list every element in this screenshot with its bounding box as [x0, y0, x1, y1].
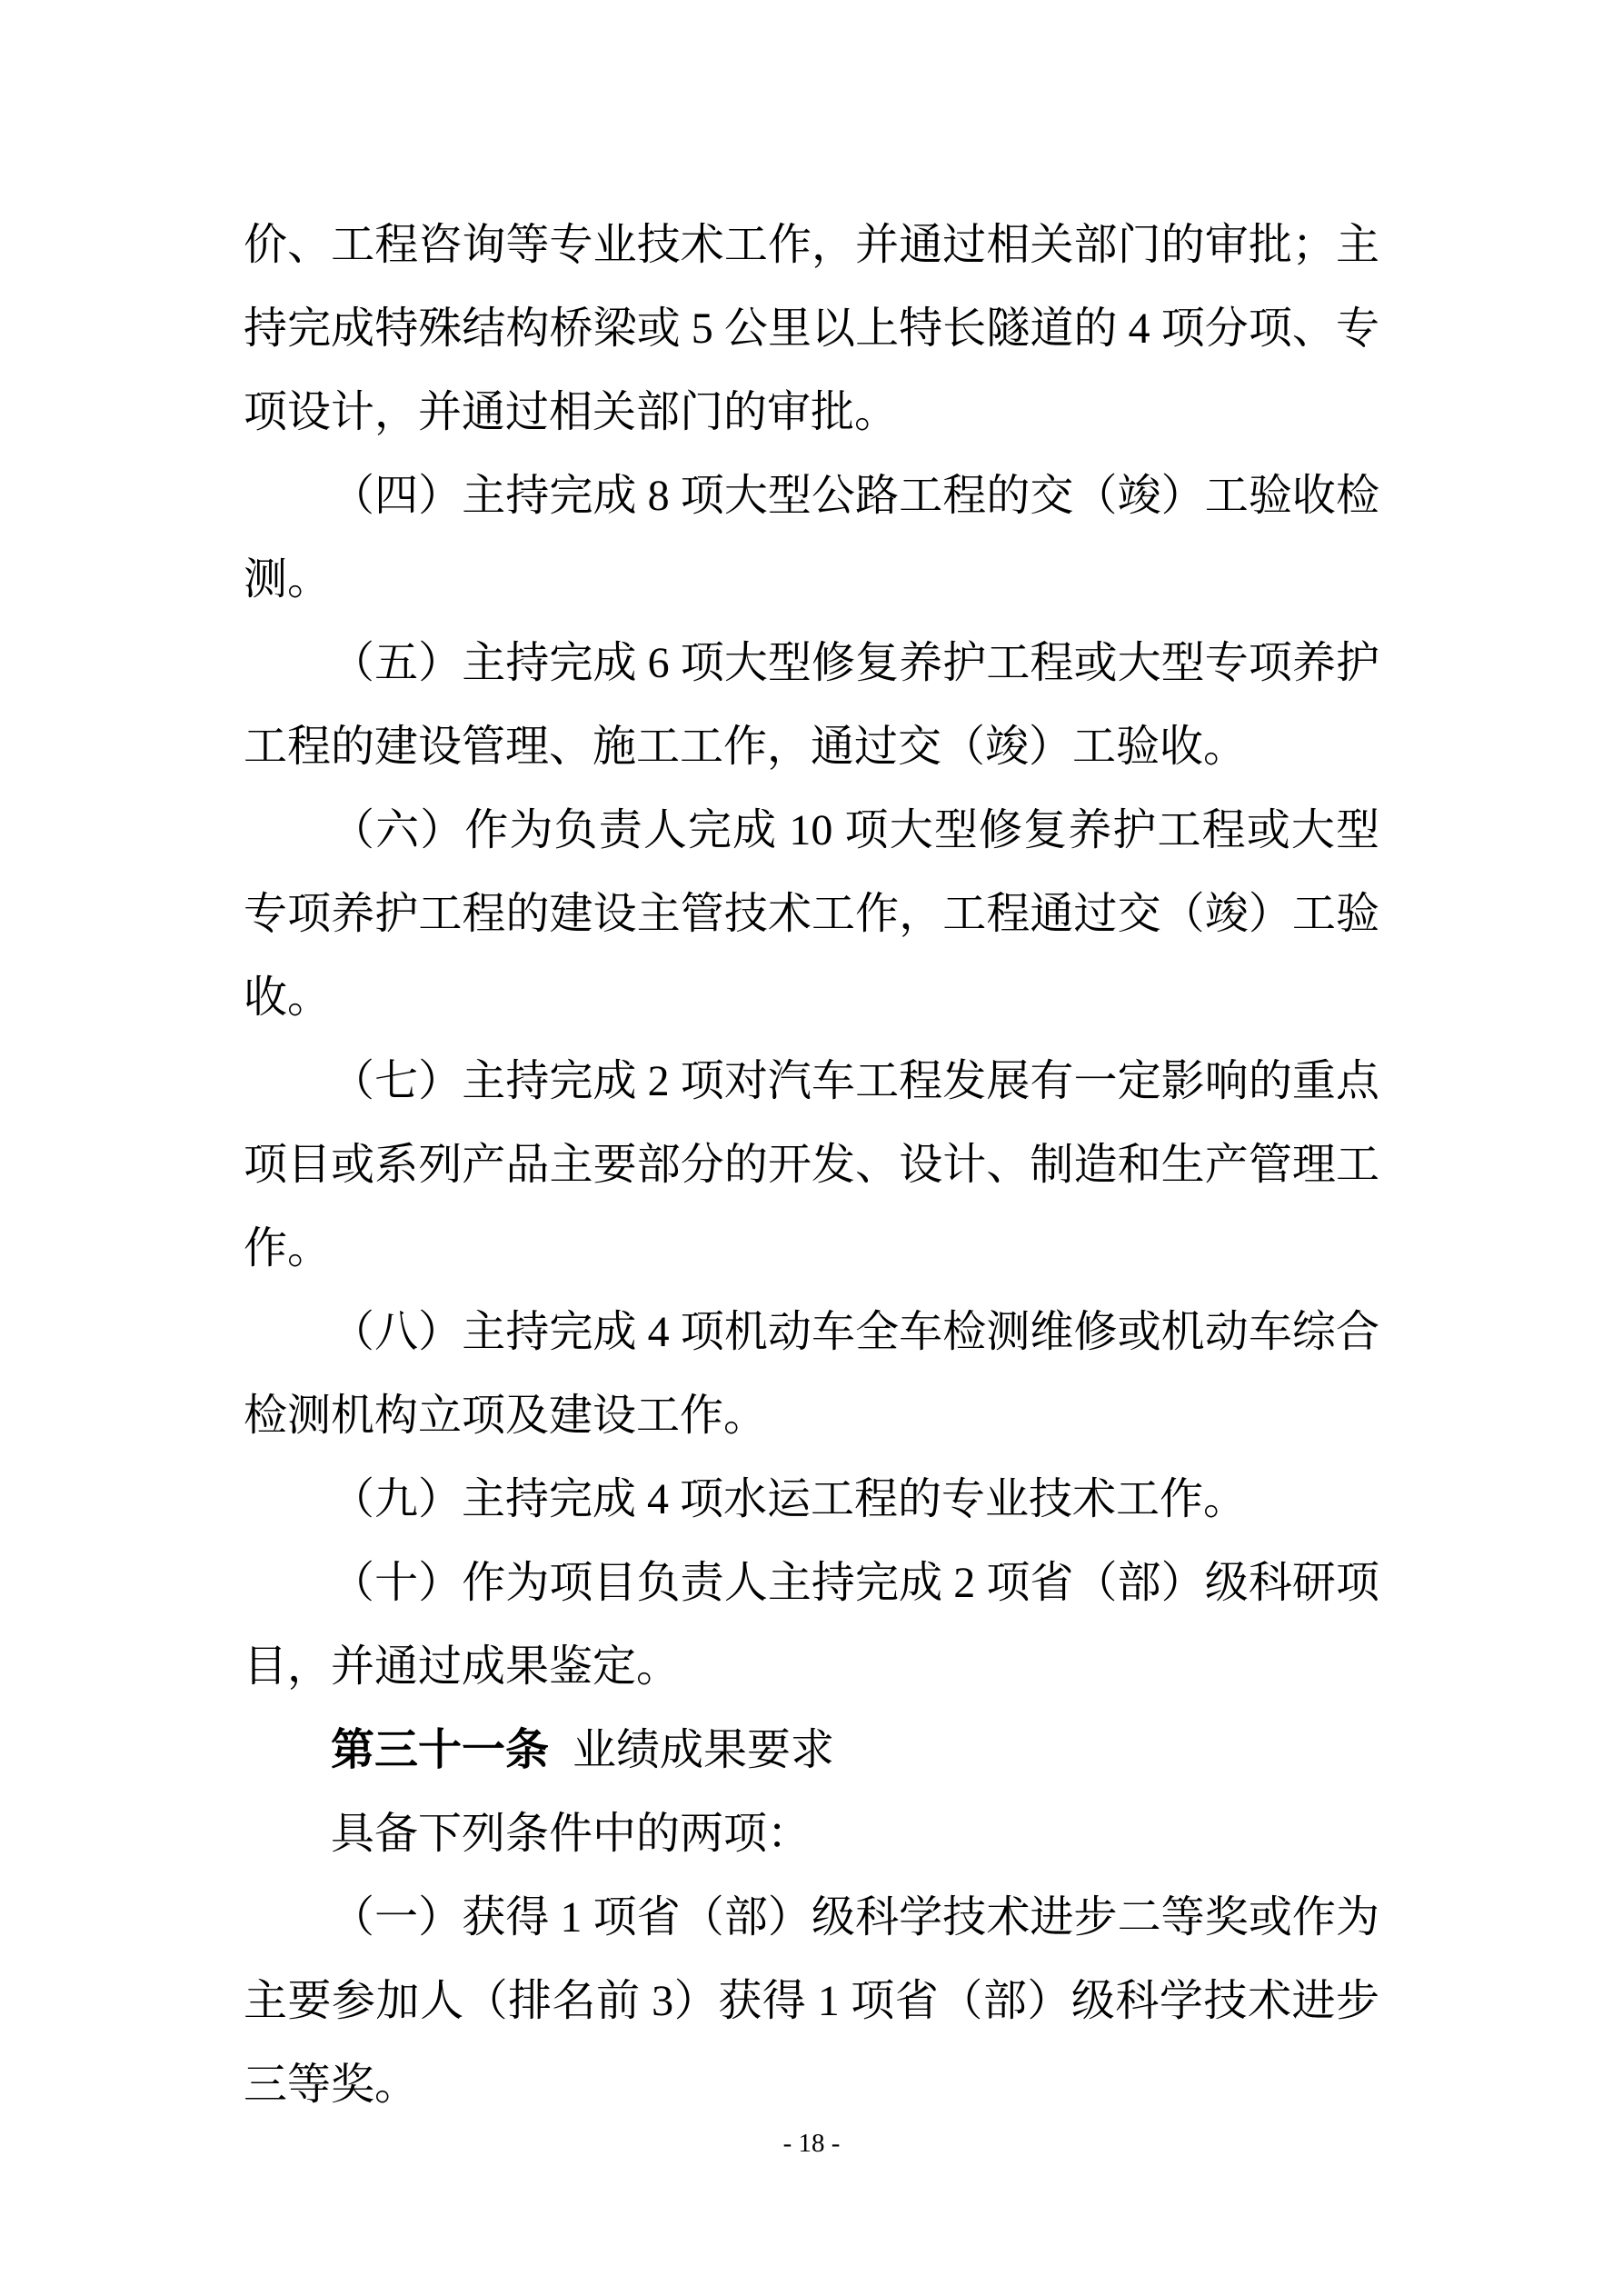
- text-line: 专项养护工程的建设主管技术工作，工程通过交（竣）工验: [244, 873, 1379, 956]
- text-line: （十）作为项目负责人主持完成 2 项省（部）级科研项: [244, 1542, 1379, 1625]
- text-line: （四）主持完成 8 项大型公路工程的交（竣）工验收检: [244, 454, 1379, 538]
- text-line: 项设计，并通过相关部门的审批。: [244, 371, 1379, 454]
- text-line: 检测机构立项及建设工作。: [244, 1374, 1379, 1458]
- text-line: （五）主持完成 6 项大型修复养护工程或大型专项养护: [244, 622, 1379, 705]
- text-line: 价、工程咨询等专业技术工作，并通过相关部门的审批；主: [244, 204, 1379, 287]
- document-body: 价、工程咨询等专业技术工作，并通过相关部门的审批；主持完成特殊结构桥梁或 5 公…: [244, 204, 1379, 2127]
- text-line: （六）作为负责人完成 10 项大型修复养护工程或大型: [244, 789, 1379, 873]
- text-line: 测。: [244, 538, 1379, 622]
- text-line: 工程的建设管理、施工工作，通过交（竣）工验收。: [244, 705, 1379, 789]
- text-line: （一）获得 1 项省（部）级科学技术进步二等奖或作为: [244, 1876, 1379, 1960]
- text-line: （八）主持完成 4 项机动车全车检测维修或机动车综合: [244, 1291, 1379, 1374]
- article-number-bold: 第三十一条: [331, 1726, 549, 1774]
- article-heading-text: 业绩成果要求: [573, 1726, 834, 1774]
- text-line: 作。: [244, 1207, 1379, 1291]
- page-number: - 18 -: [783, 2129, 841, 2158]
- document-page: 价、工程咨询等专业技术工作，并通过相关部门的审批；主持完成特殊结构桥梁或 5 公…: [0, 0, 1623, 2296]
- text-line: 持完成特殊结构桥梁或 5 公里以上特长隧道的 4 项分项、专: [244, 287, 1379, 371]
- text-line: 目，并通过成果鉴定。: [244, 1625, 1379, 1709]
- text-line: （九）主持完成 4 项水运工程的专业技术工作。: [244, 1458, 1379, 1542]
- text-line: （七）主持完成 2 项对汽车工程发展有一定影响的重点: [244, 1040, 1379, 1123]
- article-heading-line: 第三十一条业绩成果要求: [244, 1709, 1379, 1792]
- text-line: 具备下列条件中的两项：: [244, 1792, 1379, 1876]
- page-footer: - 18 -: [0, 2125, 1623, 2161]
- text-line: 项目或系列产品主要部分的开发、设计、制造和生产管理工: [244, 1123, 1379, 1207]
- text-line: 主要参加人（排名前 3）获得 1 项省（部）级科学技术进步: [244, 1960, 1379, 2043]
- text-line: 收。: [244, 956, 1379, 1040]
- text-line: 三等奖。: [244, 2043, 1379, 2127]
